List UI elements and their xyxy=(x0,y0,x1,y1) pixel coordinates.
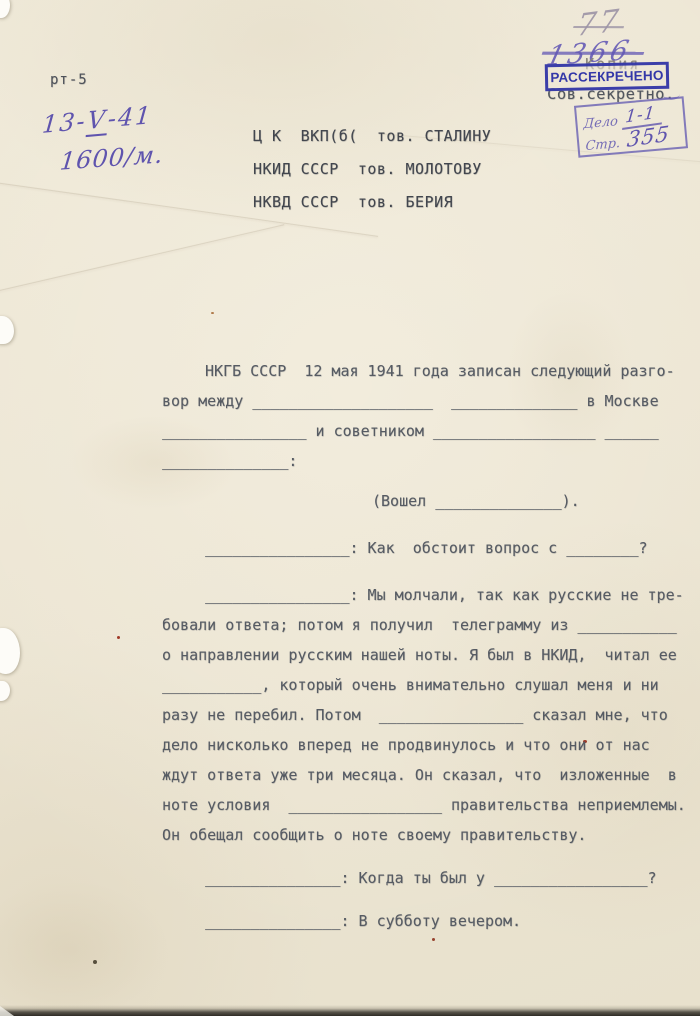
paper-speck xyxy=(117,636,120,639)
document-body: НКГБ СССР 12 мая 1941 года записан следу… xyxy=(162,356,700,936)
torn-spot xyxy=(0,681,10,701)
body-line: ______________: xyxy=(162,446,700,476)
recipient-line: НКВД СССР тов. БЕРИЯ xyxy=(253,186,491,219)
body-line: о направлении русским нашей ноты. Я был … xyxy=(162,640,700,670)
recipient-line: Ц К ВКП(б( тов. СТАЛИНУ xyxy=(253,120,491,153)
declassified-stamp: РАССЕКРЕЧЕНО xyxy=(545,62,670,92)
date-month: V xyxy=(85,105,109,137)
paper-speck xyxy=(211,312,214,314)
body-line: _______________: В субботу вечером. xyxy=(162,906,700,936)
handwritten-dispatch-number: 1600/м. xyxy=(59,140,165,176)
paper-stain xyxy=(0,880,170,1016)
corner-mark: рт-5 xyxy=(50,72,88,88)
body-line: ___________, который очень внимательно с… xyxy=(162,670,700,700)
body-line: (Вошел ______________). xyxy=(162,486,700,516)
body-line: ________________ и советником __________… xyxy=(162,416,700,446)
handwritten-date: 13-V-41 xyxy=(41,101,154,139)
case-page-label: Стр. xyxy=(585,135,626,154)
scan-bottom-edge xyxy=(0,1005,700,1016)
body-line: ________________: Мы молчали, так как ру… xyxy=(162,580,700,610)
paper-crease xyxy=(0,224,284,292)
case-stamp: Дело 1-1 Стр. 355 xyxy=(574,96,688,157)
body-line: _______________: Когда ты был у ________… xyxy=(162,863,700,893)
body-line: Он обещал сообщить о ноте своему правите… xyxy=(162,820,700,850)
body-line: бовали ответа; потом я получил телеграмм… xyxy=(162,610,700,640)
body-line: вор между ____________________ _________… xyxy=(162,386,700,416)
document-page: рт-5 13-V-41 1600/м. 77 1366 Копия Сов.с… xyxy=(0,0,700,1016)
body-line: ждут ответа уже три месяца. Он сказал, ч… xyxy=(162,760,700,790)
scan-bottom-corner xyxy=(0,1006,14,1016)
body-line: разу не перебил. Потом ________________ … xyxy=(162,700,700,730)
body-line: ноте условия _________________ правитель… xyxy=(162,790,700,820)
body-line: дело нисколько вперед не продвинулось и … xyxy=(162,730,700,760)
date-suffix: -41 xyxy=(107,101,154,133)
date-prefix: 13- xyxy=(41,107,88,139)
body-line: ________________: Как обстоит вопрос с _… xyxy=(162,533,700,563)
torn-spot xyxy=(0,316,14,344)
torn-spot xyxy=(0,628,20,674)
torn-spot xyxy=(0,0,10,18)
body-line: НКГБ СССР 12 мая 1941 года записан следу… xyxy=(162,356,700,386)
recipients-block: Ц К ВКП(б( тов. СТАЛИНУ НКИД СССР тов. М… xyxy=(253,120,491,219)
recipient-line: НКИД СССР тов. МОЛОТОВУ xyxy=(253,153,491,186)
paper-speck xyxy=(93,960,97,964)
paper-speck xyxy=(432,938,435,941)
